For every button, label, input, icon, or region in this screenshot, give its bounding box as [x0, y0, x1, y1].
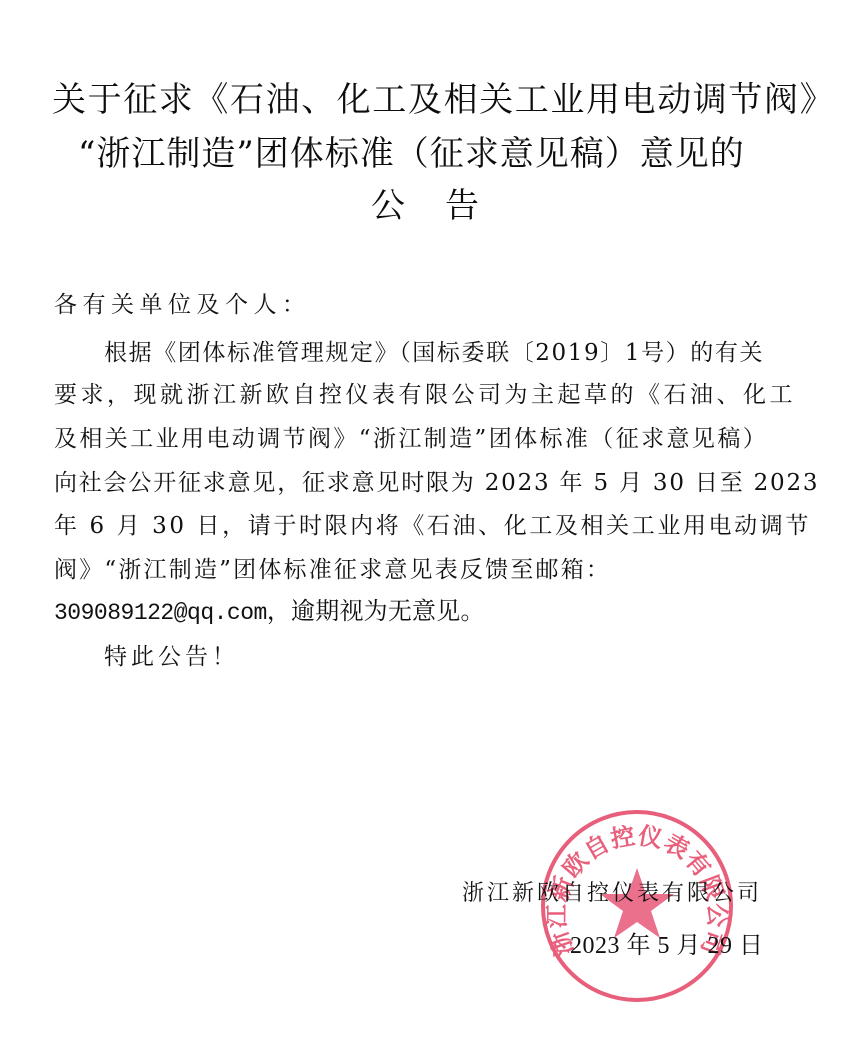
- body-line-5: 年 6 月 30 日，请于时限内将《石油、化工及相关工业用电动调节: [54, 511, 811, 541]
- body-line-1: 根据《团体标准管理规定》（国标委联〔2019〕1号）的有关: [104, 338, 764, 368]
- body-line-4: 向社会公开征求意见，征求意见时限为 2023 年 5 月 30 日至 2023: [54, 468, 819, 498]
- closing-line: 特此公告！: [104, 642, 239, 672]
- document-page: 关于征求《石油、化工及相关工业用电动调节阀》 “浙江制造”团体标准（征求意见稿）…: [0, 0, 850, 1040]
- email-suffix: ，逾期视为无意见。: [267, 599, 485, 625]
- signature-date: 2023 年 5 月 29 日: [570, 932, 764, 960]
- body-line-2: 要求，现就浙江新欧自控仪表有限公司为主起草的《石油、化工: [54, 380, 796, 410]
- body-line-6: 阀》“浙江制造”团体标准征求意见表反馈至邮箱：: [54, 555, 611, 585]
- title-line-1: 关于征求《石油、化工及相关工业用电动调节阀》: [52, 80, 835, 120]
- email-link[interactable]: 309089122@qq.com: [54, 600, 267, 626]
- body-line-3: 及相关工业用电动调节阀》“浙江制造”团体标准（征求意见稿）: [54, 424, 768, 454]
- title-line-3: 公告: [0, 186, 850, 226]
- title-line-2: “浙江制造”团体标准（征求意见稿）意见的: [78, 134, 745, 174]
- signature-company: 浙江新欧自控仪表有限公司: [462, 880, 762, 908]
- body-line-7: 309089122@qq.com，逾期视为无意见。: [54, 597, 485, 628]
- salutation: 各有关单位及个人：: [54, 290, 311, 320]
